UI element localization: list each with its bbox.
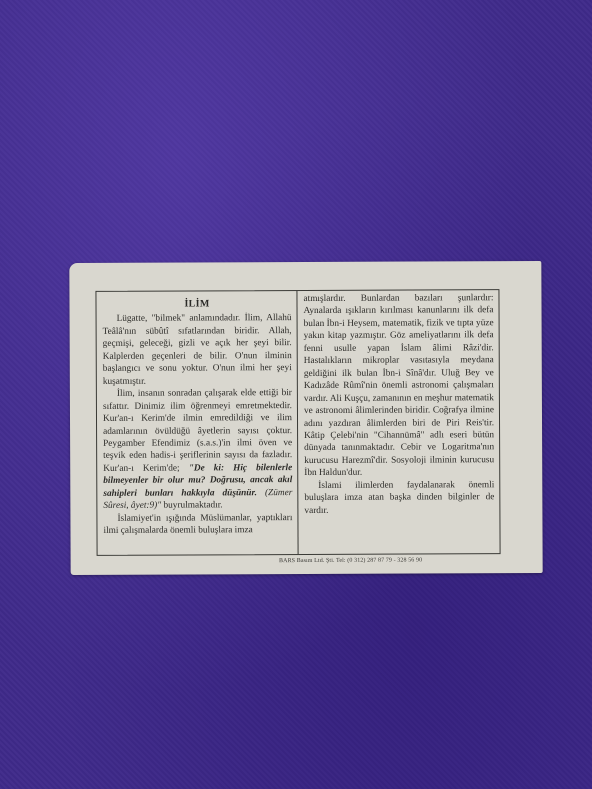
paragraph-scholars-list: atmışlardır. Bunlardan bazıları şunlardı… (303, 292, 494, 480)
paragraph-text: İlim, insanın sonradan çalışarak elde et… (103, 388, 292, 474)
card-title: İLİM (102, 298, 291, 311)
right-column: atmışlardır. Bunlardan bazıları şunlardı… (297, 290, 499, 554)
left-column: İLİM Lügatte, "bilmek" anlamındadır. İli… (96, 291, 298, 555)
printed-card: İLİM Lügatte, "bilmek" anlamındadır. İli… (69, 261, 542, 575)
paragraph-definition: Lügatte, "bilmek" anlamındadır. İlim, Al… (103, 313, 292, 389)
printer-footer: BARS Basım Ltd. Şti. Tel: (0 312) 287 87… (201, 557, 501, 564)
quote-tail: buyrulmaktadır. (163, 501, 222, 511)
paragraph-other-scholars: İslami ilimlerden faydalanarak önemli bu… (304, 479, 494, 517)
paragraph-acquired-knowledge: İlim, insanın sonradan çalışarak elde et… (103, 387, 293, 512)
paragraph-muslim-scholars: İslamiyet'in ışığında Müslümanlar, yaptı… (103, 512, 292, 538)
text-frame: İLİM Lügatte, "bilmek" anlamındadır. İli… (95, 289, 500, 556)
